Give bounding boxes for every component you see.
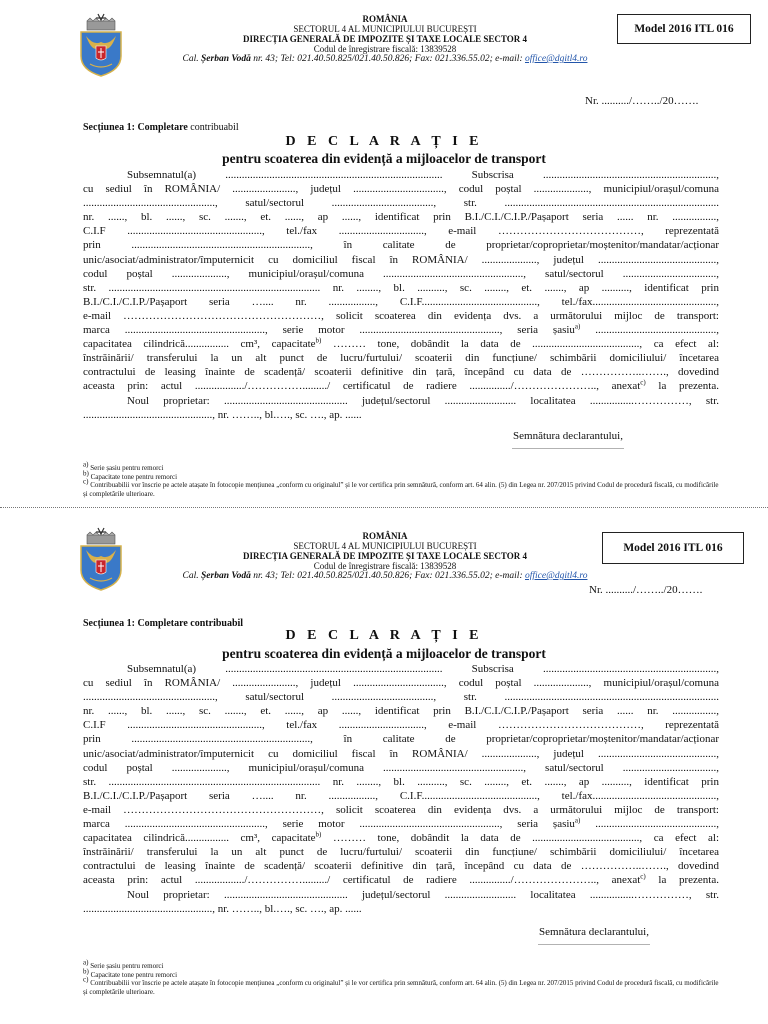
footnotes: a) Serie șasiu pentru remorci b) Capacit… xyxy=(83,962,723,996)
page-separator xyxy=(0,507,768,508)
form-line: e-mail ………………………………………………, solicit scoat… xyxy=(83,309,719,323)
email-link[interactable]: office@dgitl4.ro xyxy=(525,571,587,581)
form-line: Subsemnatul(a) .........................… xyxy=(83,662,719,676)
form-line: unic/asociat/administrator/împuternicit … xyxy=(83,747,719,761)
form-line: marca ..................................… xyxy=(83,817,719,831)
registration-number-line: Nr. ........../……../20……. xyxy=(585,95,698,107)
form-line: Noul proprietar: .......................… xyxy=(83,888,719,902)
form-line: C.I.F ..................................… xyxy=(83,718,719,732)
footnote: b) Capacitate tone pentru remorci xyxy=(83,971,723,980)
form-line: cu sediul în ROMÂNIA/ ..................… xyxy=(83,182,719,196)
signature-label: Semnătura declarantului, xyxy=(538,926,650,938)
footnote: b) Capacitate tone pentru remorci xyxy=(83,473,723,482)
form-line: ........................................… xyxy=(83,408,719,422)
form-line: str. ...................................… xyxy=(83,775,719,789)
form-line: capacitatea cilindrică................ c… xyxy=(83,337,719,351)
header-directorate: DIRECȚIA GENERALĂ DE IMPOZITE ȘI TAXE LO… xyxy=(150,551,620,561)
form-line: marca ..................................… xyxy=(83,323,719,337)
signature-block: Semnătura declarantului, ...............… xyxy=(538,926,650,947)
form-line: capacitatea cilindrică................ c… xyxy=(83,831,719,845)
form-line: nr. ......, bl. ......, sc. ......., et.… xyxy=(83,704,719,718)
form-line: C.I.F ..................................… xyxy=(83,224,719,238)
header-sector: SECTORUL 4 AL MUNICIPIULUI BUCUREȘTI xyxy=(150,541,620,551)
form-line: e-mail ………………………………………………, solicit scoat… xyxy=(83,803,719,817)
model-label-box: Model 2016 ITL 016 xyxy=(617,14,751,44)
institution-header: ROMÂNIA SECTORUL 4 AL MUNICIPIULUI BUCUR… xyxy=(150,531,620,581)
header-address: Cal. Șerban Vodă nr. 43; Tel: 021.40.50.… xyxy=(150,54,620,64)
declaration-body: Subsemnatul(a) .........................… xyxy=(83,168,719,422)
header-fiscal-code: Codul de înregistrare fiscală: 13839528 xyxy=(150,44,620,54)
footnote: a) Serie șasiu pentru remorci xyxy=(83,464,723,473)
form-line: prin ...................................… xyxy=(83,238,719,252)
form-line: nr. ......, bl. ......, sc. ......., et.… xyxy=(83,210,719,224)
form-line: ........................................… xyxy=(83,196,719,210)
form-line: contractului de leasing înainte de scade… xyxy=(83,365,719,379)
form-line: aceasta prin: actul ................../…… xyxy=(83,873,719,887)
form-line: str. ...................................… xyxy=(83,281,719,295)
declaration-subtitle: pentru scoaterea din evidență a mijloace… xyxy=(0,151,768,167)
form-line: codul poștal ...................., munic… xyxy=(83,761,719,775)
signature-block: Semnătura declarantului, ...............… xyxy=(512,430,624,451)
email-link[interactable]: office@dgitl4.ro xyxy=(525,54,587,64)
registration-number-line: Nr. ........../……../20……. xyxy=(589,584,702,596)
form-line: Noul proprietar: .......................… xyxy=(83,394,719,408)
footnotes: a) Serie șasiu pentru remorci b) Capacit… xyxy=(83,464,723,498)
footnote: c) Contribuabilii vor înscrie pe actele … xyxy=(83,979,723,996)
form-line: cu sediul în ROMÂNIA/ ..................… xyxy=(83,676,719,690)
footnote: a) Serie șasiu pentru remorci xyxy=(83,962,723,971)
coat-of-arms-icon xyxy=(76,12,126,78)
form-line: înstrăinării/ transferului la un alt pun… xyxy=(83,351,719,365)
section-heading: Secțiunea 1: Completare contribuabil xyxy=(83,122,239,133)
declaration-title: D E C L A R A Ț I E xyxy=(0,628,768,644)
form-line: contractului de leasing înainte de scade… xyxy=(83,859,719,873)
header-directorate: DIRECȚIA GENERALĂ DE IMPOZITE ȘI TAXE LO… xyxy=(150,34,620,44)
header-address: Cal. Șerban Vodă nr. 43; Tel: 021.40.50.… xyxy=(150,571,620,581)
signature-line: ........................................… xyxy=(512,442,624,451)
form-line: ........................................… xyxy=(83,690,719,704)
form-line: B.I./C.I./C.I.P./Pașaport seria ….... nr… xyxy=(83,789,719,803)
model-label-box: Model 2016 ITL 016 xyxy=(602,532,744,564)
form-line: codul poștal ...................., munic… xyxy=(83,267,719,281)
signature-line: ........................................… xyxy=(538,938,650,947)
declaration-title: D E C L A R A Ț I E xyxy=(0,134,768,150)
header-sector: SECTORUL 4 AL MUNICIPIULUI BUCUREȘTI xyxy=(150,24,620,34)
signature-label: Semnătura declarantului, xyxy=(512,430,624,442)
form-line: Subsemnatul(a) .........................… xyxy=(83,168,719,182)
coat-of-arms-icon xyxy=(76,526,126,592)
footnote: c) Contribuabilii vor înscrie pe actele … xyxy=(83,481,723,498)
form-line: unic/asociat/administrator/împuternicit … xyxy=(83,253,719,267)
header-fiscal-code: Codul de înregistrare fiscală: 13839528 xyxy=(150,561,620,571)
declaration-subtitle: pentru scoaterea din evidență a mijloace… xyxy=(0,646,768,662)
header-country: ROMÂNIA xyxy=(150,531,620,541)
form-line: aceasta prin: actul ................../…… xyxy=(83,379,719,393)
institution-header: ROMÂNIA SECTORUL 4 AL MUNICIPIULUI BUCUR… xyxy=(150,14,620,64)
header-country: ROMÂNIA xyxy=(150,14,620,24)
form-line: prin ...................................… xyxy=(83,732,719,746)
form-line: înstrăinării/ transferului la un alt pun… xyxy=(83,845,719,859)
form-line: B.I./C.I./C.I.P./Pașaport seria ….... nr… xyxy=(83,295,719,309)
declaration-body: Subsemnatul(a) .........................… xyxy=(83,662,719,916)
form-line: ........................................… xyxy=(83,902,719,916)
